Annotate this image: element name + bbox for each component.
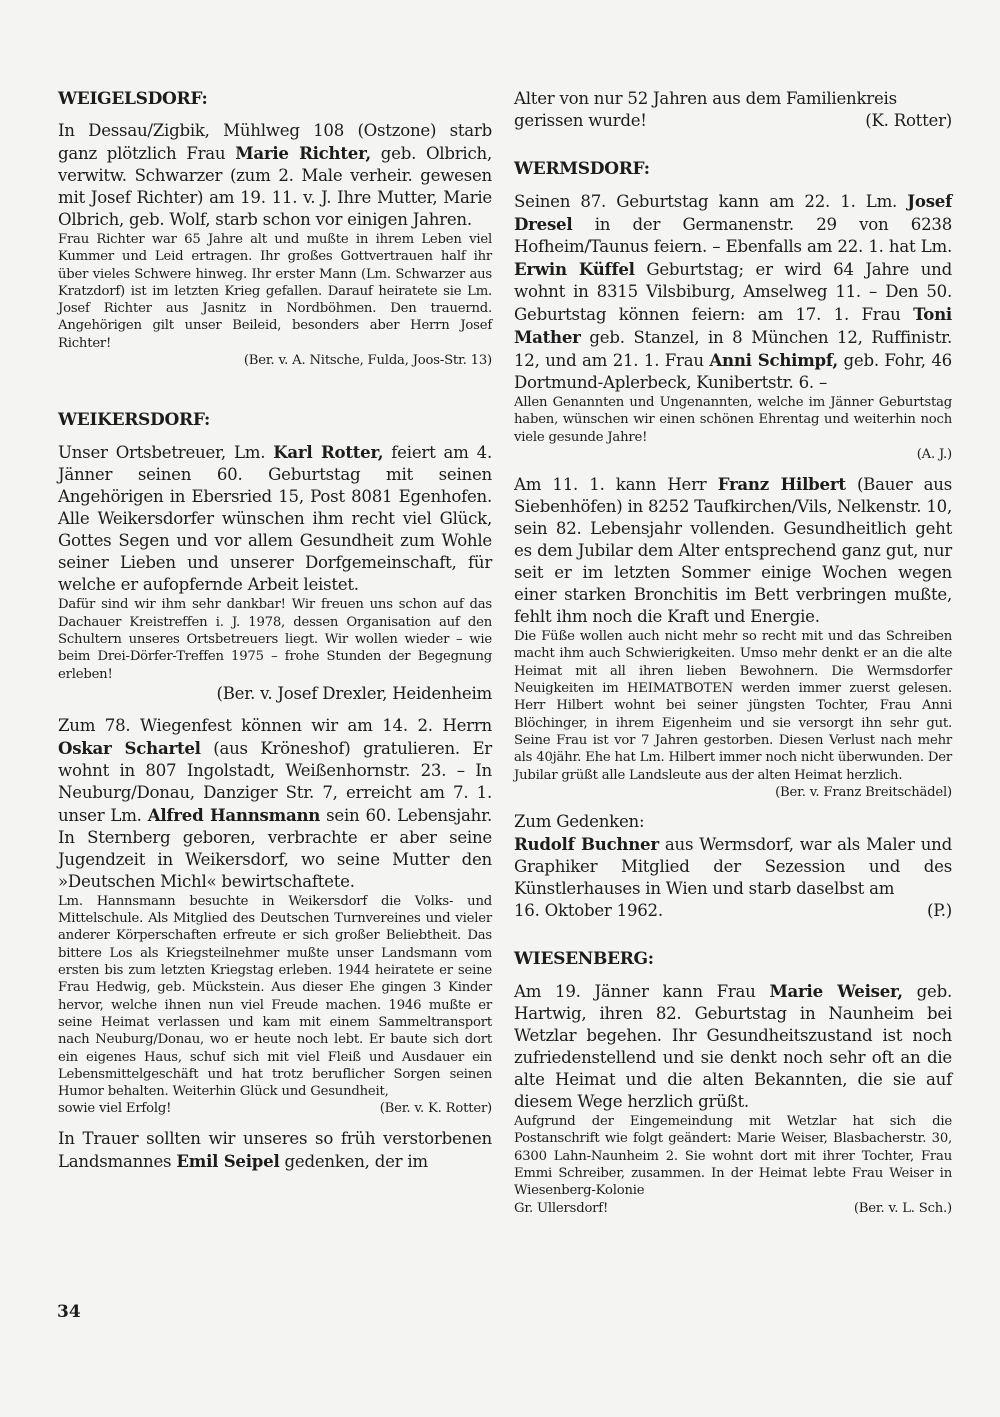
left-column: WEIGELSDORF: In Dessau/Zigbik, Mühlweg 1… xyxy=(58,88,492,1173)
paragraph: Unser Ortsbetreuer, Lm. Karl Rotter, fei… xyxy=(58,441,492,596)
memorial-label: Zum Gedenken: xyxy=(514,811,952,833)
paragraph-last-line: gerissen wurde!(K. Rotter) xyxy=(514,110,952,132)
paragraph: Frau Richter war 65 Jahre alt und mußte … xyxy=(58,231,492,352)
paragraph: Zum 78. Wiegenfest können wir am 14. 2. … xyxy=(58,715,492,893)
paragraph: Die Füße wollen auch nicht mehr so recht… xyxy=(514,628,952,784)
report-credit: (P.) xyxy=(927,900,952,922)
report-credit: (Ber. v. L. Sch.) xyxy=(854,1200,952,1217)
section-heading: WERMSDORF: xyxy=(514,158,952,180)
person-name: Oskar Schartel xyxy=(58,738,201,758)
paragraph: In Dessau/Zigbik, Mühlweg 108 (Ostzone) … xyxy=(58,120,492,231)
paragraph: Allen Genannten und Ungenannten, welche … xyxy=(514,394,952,446)
paragraph: Am 19. Jänner kann Frau Marie Weiser, ge… xyxy=(514,980,952,1113)
report-credit: (Ber. v. A. Nitsche, Fulda, Joos-Str. 13… xyxy=(58,352,492,369)
section-wermsdorf: WERMSDORF: Seinen 87. Geburtstag kann am… xyxy=(514,158,952,922)
section-heading: WEIGELSDORF: xyxy=(58,88,492,110)
report-credit: (Ber. v. Josef Drexler, Heidenheim xyxy=(58,683,492,705)
person-name: Franz Hilbert xyxy=(718,474,846,494)
person-name: Marie Richter, xyxy=(235,143,371,163)
paragraph: In Trauer sollten wir unseres so früh ve… xyxy=(58,1128,492,1173)
report-credit: (Ber. v. K. Rotter) xyxy=(380,1100,492,1117)
person-name: Karl Rotter, xyxy=(273,442,383,462)
newsletter-page: WEIGELSDORF: In Dessau/Zigbik, Mühlweg 1… xyxy=(0,0,1000,1417)
section-weikersdorf: WEIKERSDORF: Unser Ortsbetreuer, Lm. Kar… xyxy=(58,409,492,1172)
person-name: Marie Weiser, xyxy=(769,981,902,1001)
section-wiesenberg: WIESENBERG: Am 19. Jänner kann Frau Mari… xyxy=(514,948,952,1217)
report-credit: (K. Rotter) xyxy=(865,110,952,132)
section-heading: WIESENBERG: xyxy=(514,948,952,970)
paragraph-last-line: 16. Oktober 1962.(P.) xyxy=(514,900,952,922)
right-column: Alter von nur 52 Jahren aus dem Familien… xyxy=(514,88,952,1217)
person-name: Anni Schimpf, xyxy=(709,350,838,370)
paragraph: Am 11. 1. kann Herr Franz Hilbert (Bauer… xyxy=(514,473,952,628)
paragraph-last-line: Gr. Ullersdorf!(Ber. v. L. Sch.) xyxy=(514,1200,952,1217)
section-continued: Alter von nur 52 Jahren aus dem Familien… xyxy=(514,88,952,132)
person-name: Erwin Küffel xyxy=(514,259,635,279)
paragraph: Seinen 87. Geburtstag kann am 22. 1. Lm.… xyxy=(514,190,952,394)
paragraph: Alter von nur 52 Jahren aus dem Familien… xyxy=(514,88,952,110)
paragraph: Lm. Hannsmann besuchte in Weikersdorf di… xyxy=(58,893,492,1101)
paragraph: Rudolf Buchner aus Wermsdorf, war als Ma… xyxy=(514,833,952,900)
section-heading: WEIKERSDORF: xyxy=(58,409,492,431)
page-number: 34 xyxy=(57,1302,81,1322)
person-name: Alfred Hannsmann xyxy=(148,805,320,825)
person-name: Rudolf Buchner xyxy=(514,834,659,854)
paragraph: Dafür sind wir ihm sehr dankbar! Wir fre… xyxy=(58,596,492,682)
report-credit: (Ber. v. Franz Breitschädel) xyxy=(514,784,952,801)
paragraph: Aufgrund der Eingemeindung mit Wetzlar h… xyxy=(514,1113,952,1199)
paragraph-last-line: sowie viel Erfolg!(Ber. v. K. Rotter) xyxy=(58,1100,492,1117)
section-weigelsdorf: WEIGELSDORF: In Dessau/Zigbik, Mühlweg 1… xyxy=(58,88,492,369)
report-credit: (A. J.) xyxy=(514,446,952,463)
person-name: Emil Seipel xyxy=(176,1151,279,1171)
